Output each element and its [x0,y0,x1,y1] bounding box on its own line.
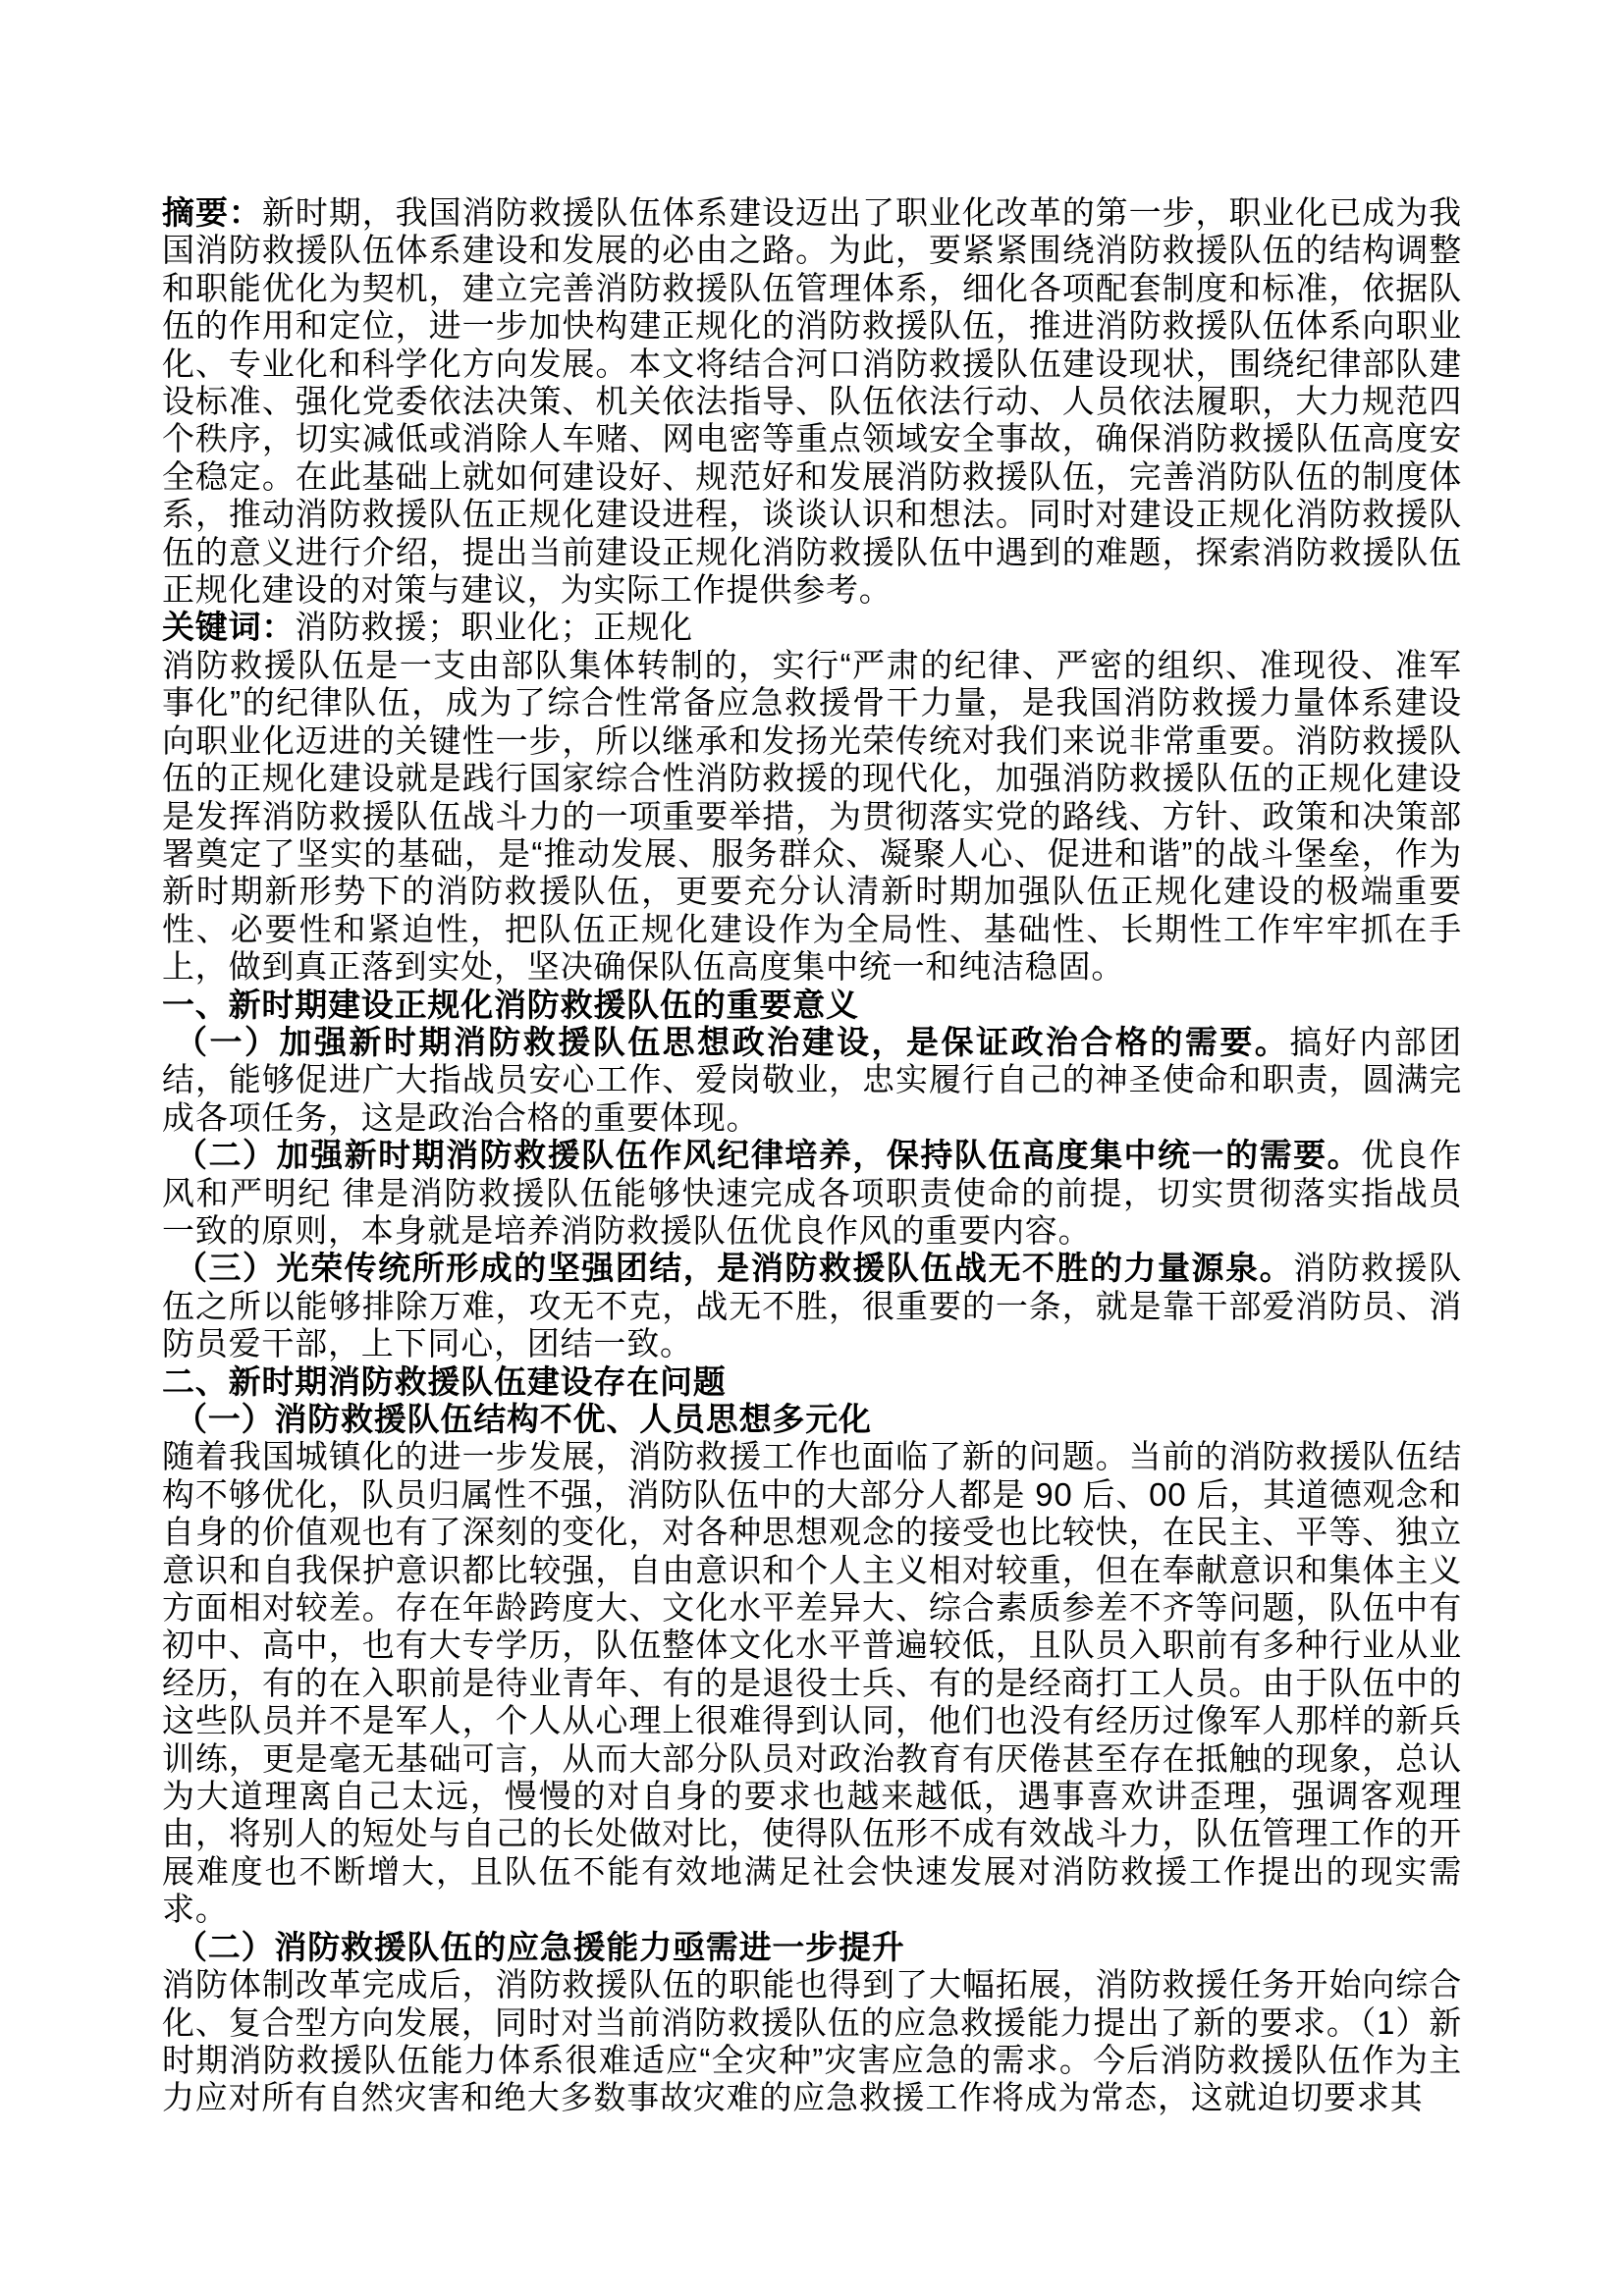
section1-heading: 一、新时期建设正规化消防救援队伍的重要意义 [162,987,1462,1024]
section1-item-1: （一）加强新时期消防救援队伍思想政治建设，是保证政治合格的需要。搞好内部团结，能… [162,1024,1462,1137]
keywords-text: 消防救援；职业化；正规化 [295,609,693,645]
section2-sub1-heading: （一）消防救援队伍结构不优、人员思想多元化 [162,1401,1462,1438]
keywords-paragraph: 关键词：消防救援；职业化；正规化 [162,609,1462,646]
section1-item-3: （三）光荣传统所形成的坚强团结，是消防救援队伍战无不胜的力量源泉。消防救援队伍之… [162,1250,1462,1362]
section1-item-2-lead: （二）加强新时期消防救援队伍作风纪律培养，保持队伍高度集中统一的需要。 [175,1137,1361,1173]
section2-sub2-text: 消防体制改革完成后，消防救援队伍的职能也得到了大幅拓展，消防救援任务开始向综合化… [162,1966,1462,2115]
document-page: 摘要：新时期，我国消防救援队伍体系建设迈出了职业化改革的第一步，职业化已成为我国… [0,0,1624,2296]
abstract-paragraph: 摘要：新时期，我国消防救援队伍体系建设迈出了职业化改革的第一步，职业化已成为我国… [162,194,1462,609]
section1-item-3-lead: （三）光荣传统所形成的坚强团结，是消防救援队伍战无不胜的力量源泉。 [175,1250,1293,1286]
keywords-label: 关键词： [162,609,295,645]
abstract-label: 摘要： [162,194,262,231]
intro-text: 消防救援队伍是一支由部队集体转制的，实行“严肃的纪律、严密的组织、准现役、准军事… [162,647,1462,985]
section2-sub2-paragraph: 消防体制改革完成后，消防救援队伍的职能也得到了大幅拓展，消防救援任务开始向综合化… [162,1966,1462,2117]
intro-paragraph: 消防救援队伍是一支由部队集体转制的，实行“严肃的纪律、严密的组织、准现役、准军事… [162,647,1462,987]
section2-sub1-paragraph: 随着我国城镇化的进一步发展，消防救援工作也面临了新的问题。当前的消防救援队伍结构… [162,1438,1462,1928]
abstract-text: 新时期，我国消防救援队伍体系建设迈出了职业化改革的第一步，职业化已成为我国消防救… [162,194,1462,608]
section1-item-1-lead: （一）加强新时期消防救援队伍思想政治建设，是保证政治合格的需要。 [175,1024,1289,1060]
section2-sub1-text: 随着我国城镇化的进一步发展，消防救援工作也面临了新的问题。当前的消防救援队伍结构… [162,1438,1462,1927]
section2-sub2-heading: （二）消防救援队伍的应急援能力亟需进一步提升 [162,1929,1462,1966]
section2-heading: 二、新时期消防救援队伍建设存在问题 [162,1363,1462,1401]
section1-item-2: （二）加强新时期消防救援队伍作风纪律培养，保持队伍高度集中统一的需要。优良作风和… [162,1137,1462,1250]
